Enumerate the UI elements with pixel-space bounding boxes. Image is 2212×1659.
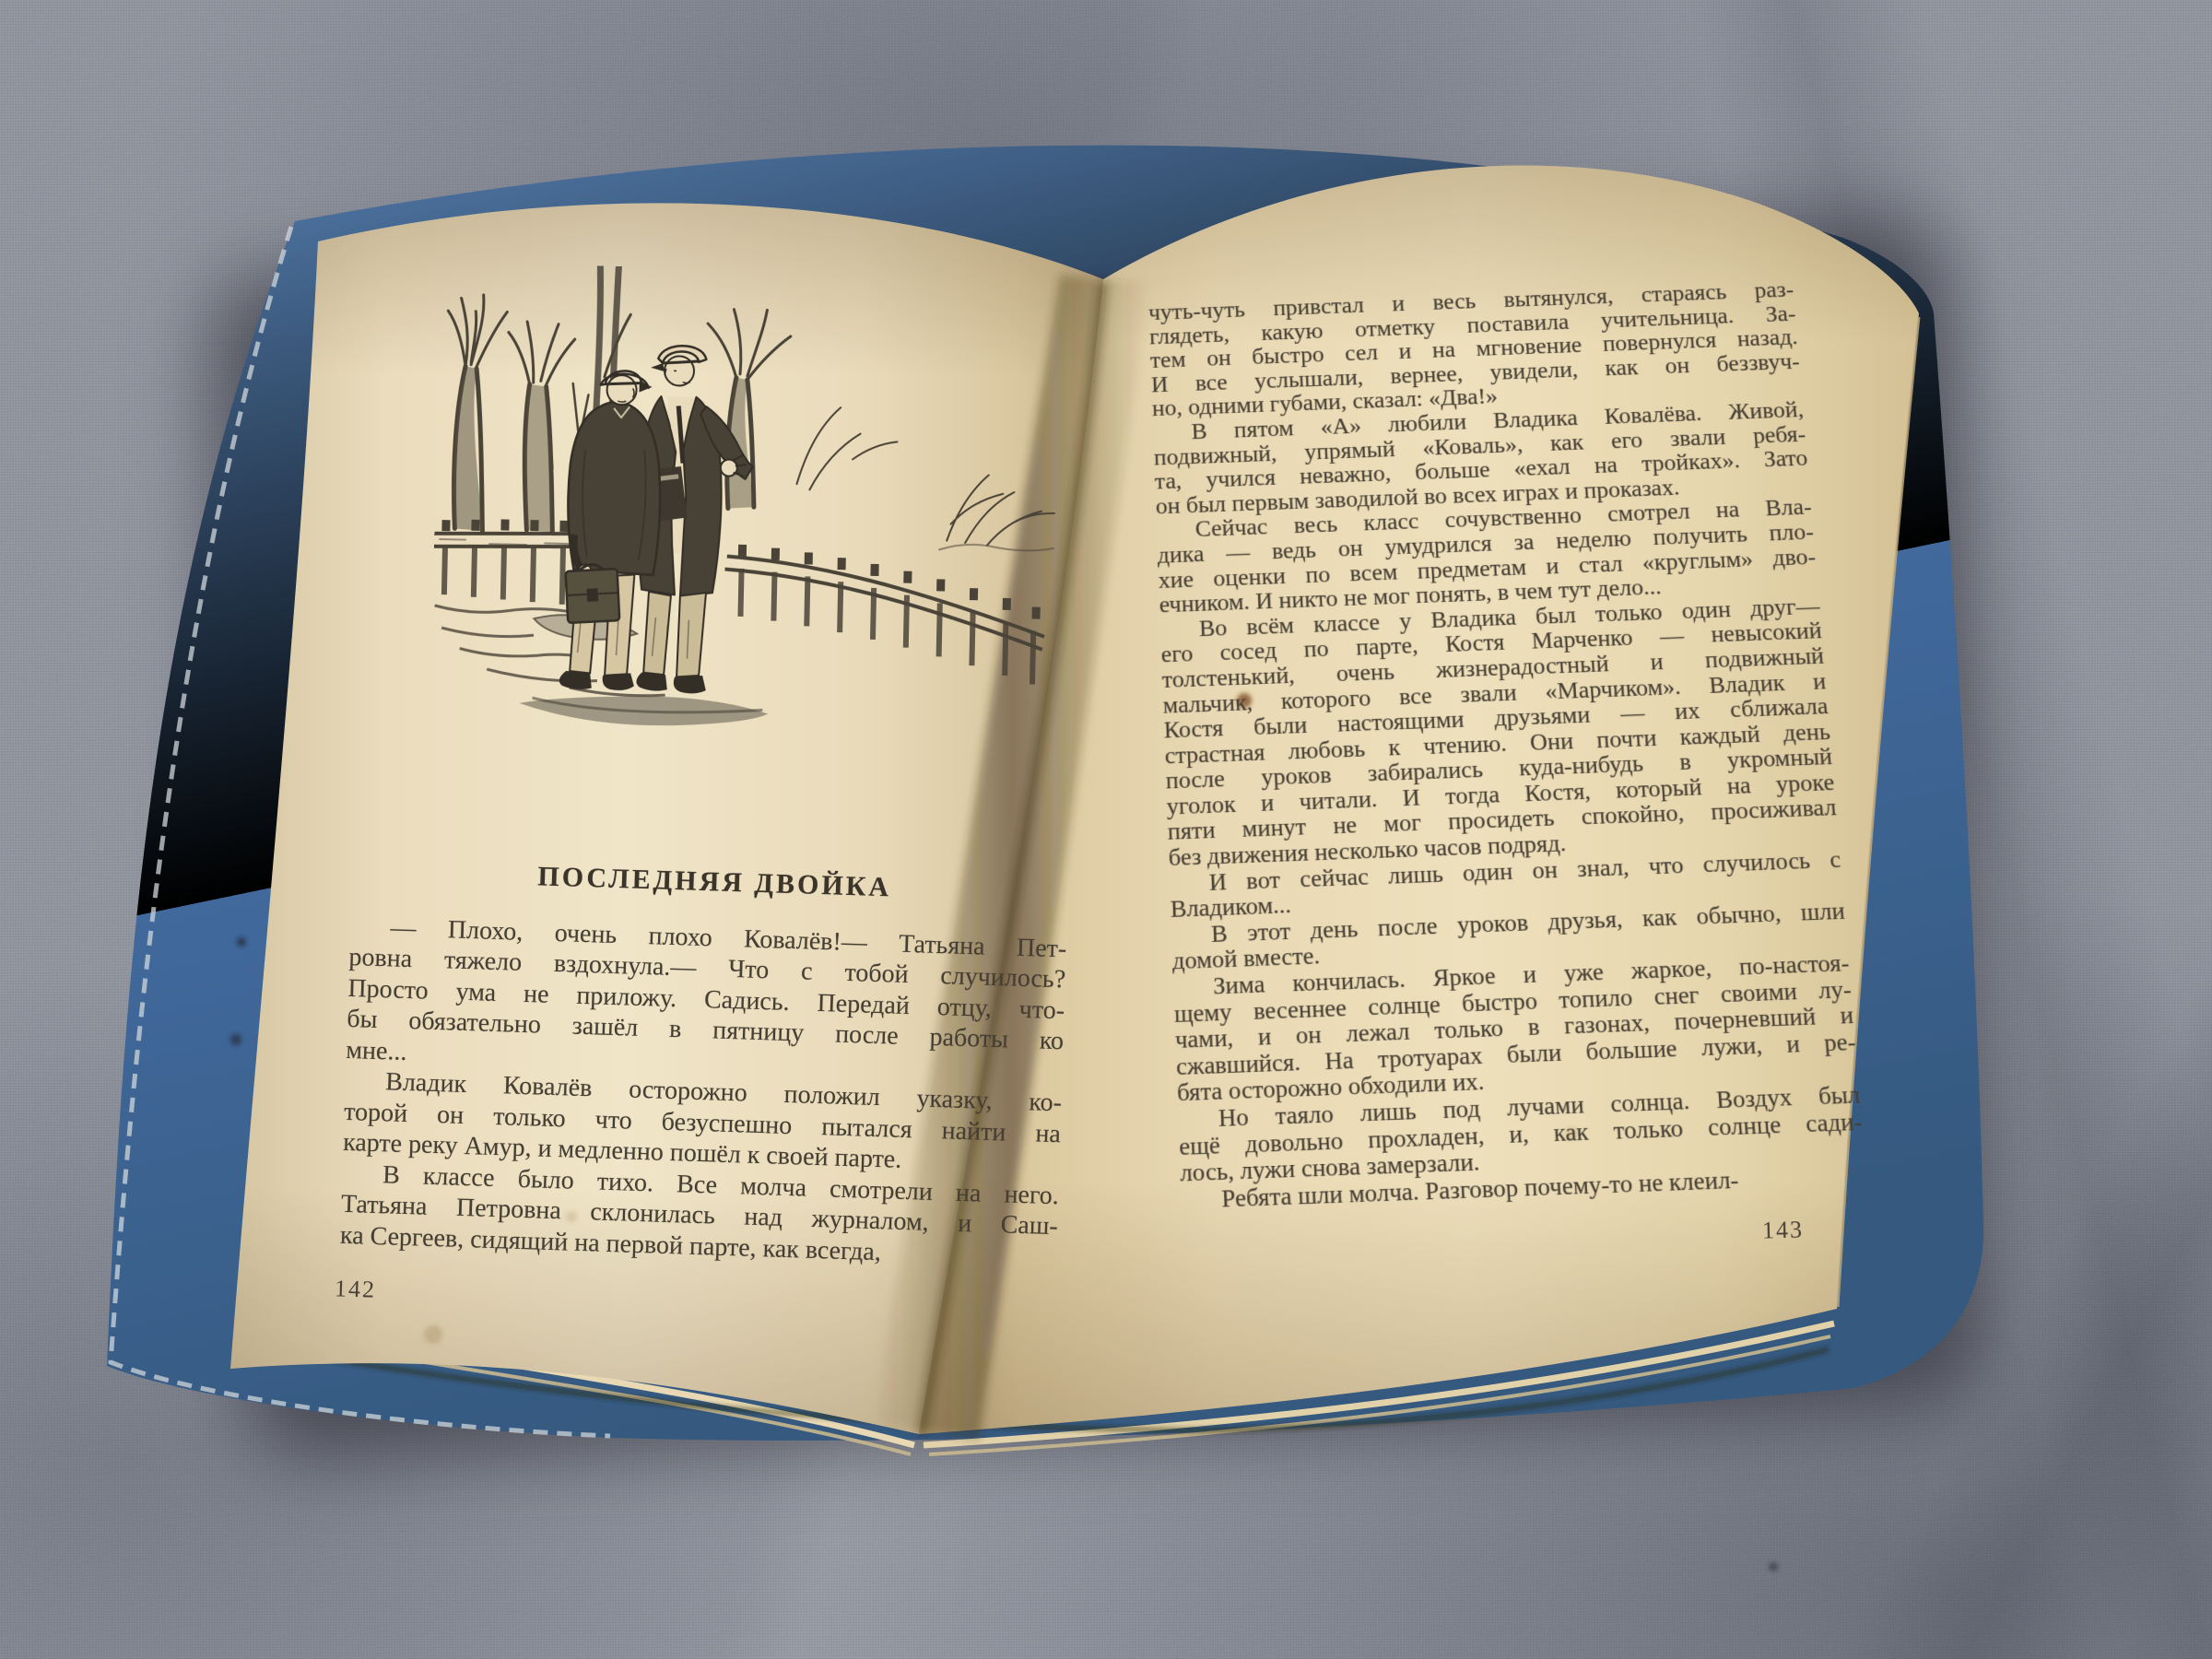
fabric-background: ПОСЛЕДНЯЯ ДВОЙКА — Плохо, очень плохо Ко… (0, 0, 2212, 1659)
right-page-text: чуть-чуть привстал и весь вытянулся, ста… (1148, 277, 1868, 1214)
page-number-right: 143 (1762, 1216, 1805, 1244)
left-page-text: — Плохо, очень плохо Ковалёв!— Татьяна П… (340, 911, 1067, 1273)
fence (430, 518, 1047, 685)
left-page-content: ПОСЛЕДНЯЯ ДВОЙКА — Плохо, очень плохо Ко… (340, 855, 1069, 1273)
briefcase (565, 563, 619, 623)
book-illustration (430, 263, 1064, 747)
page-number-left: 142 (335, 1275, 377, 1303)
paragraph: — Плохо, очень плохо Ковалёв!— Татьяна П… (346, 911, 1067, 1088)
right-page-content: чуть-чуть привстал и весь вытянулся, ста… (1148, 277, 1868, 1215)
book (0, 0, 2212, 1659)
paragraph: Зима кончилась. Яркое и уже жаркое, по-н… (1172, 950, 1858, 1107)
paragraph: Во всём классе у Владика был только один… (1159, 594, 1840, 871)
